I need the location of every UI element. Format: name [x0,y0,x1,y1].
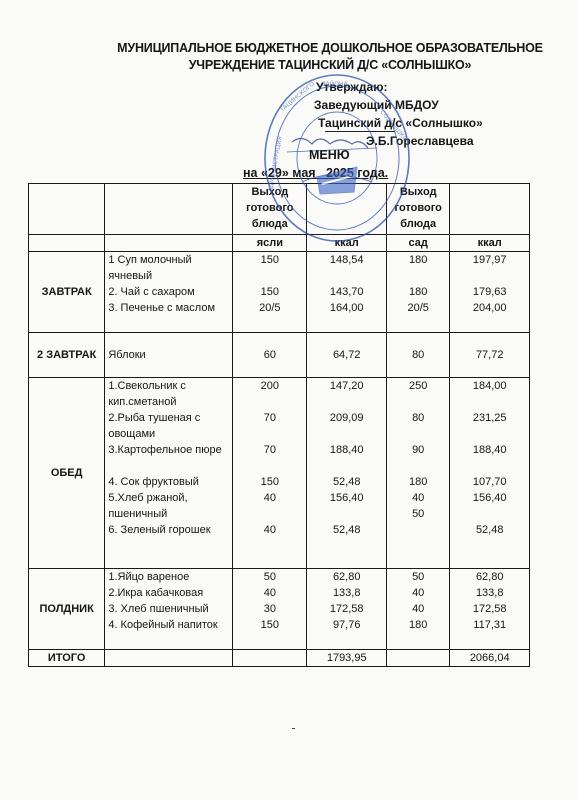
kcal-nursery: 97,76 [310,617,383,649]
yield-nursery: 40 [236,490,303,522]
kcal-nursery: 147,20 [310,378,383,410]
yield-nursery: 30 [236,601,303,617]
yield-garden-cell: 18018020/5 [386,252,449,333]
dish-name: Яблоки [108,347,229,363]
yield-nursery: 70 [236,410,303,442]
header-yield-nursery: Выход готового блюда [233,184,307,235]
dish-name: 1 Суп молочный ячневый [108,252,229,284]
header-cell [307,184,387,235]
page-title: МЕНЮ [309,148,350,162]
header-cell [29,184,105,235]
org-line-2: УЧРЕЖДЕНИЕ ТАЦИНСКИЙ Д/С «СОЛНЫШКО» [90,57,570,74]
kcal-garden: 107,70 [453,474,526,490]
header-cell [105,184,233,235]
dish-name: 4. Сок фруктовый [108,474,229,490]
total-label: ИТОГО [29,650,105,667]
yield-garden [390,522,446,554]
dish-name: 3.Картофельное пюре [108,442,229,474]
yield-nursery-cell: 60 [233,333,307,378]
approval-block: Утверждаю: Заведующий МБДОУ Тацинский д/… [316,78,483,150]
approval-heading: Утверждаю: [316,78,483,96]
total-row: ИТОГО1793,952066,04 [29,650,530,667]
yield-nursery: 40 [236,585,303,601]
yield-garden: 180 [390,252,446,284]
yield-nursery: 150 [236,284,303,300]
yield-garden: 50 [390,569,446,585]
kcal-garden: 62,80 [453,569,526,585]
yield-garden: 80 [390,410,446,442]
dish-name: 6. Зеленый горошек [108,522,229,554]
kcal-garden: 77,72 [453,347,526,363]
total-kcal-nursery: 1793,95 [307,650,387,667]
approval-position: Заведующий МБДОУ [314,96,483,114]
yield-garden: 80 [390,347,446,363]
table-subheader-row: ясли ккал сад ккал [29,235,530,252]
kcal-garden-cell: 184,00231,25188,40107,70156,4052,48 [450,378,530,569]
total-kcal-garden: 2066,04 [450,650,530,667]
subheader-kcal-nursery: ккал [307,235,387,252]
subheader-nursery: ясли [233,235,307,252]
kcal-garden: 184,00 [453,378,526,410]
yield-nursery: 50 [236,569,303,585]
yield-nursery: 20/5 [236,300,303,332]
dish-name-cell: Яблоки [105,333,233,378]
kcal-garden: 172,58 [453,601,526,617]
kcal-garden: 188,40 [453,442,526,474]
yield-garden: 180 [390,474,446,490]
kcal-garden: 197,97 [453,252,526,284]
kcal-nursery: 188,40 [310,442,383,474]
kcal-garden: 231,25 [453,410,526,442]
kcal-garden: 179,63 [453,284,526,300]
dish-name-cell: 1.Свекольник с кип.сметаной2.Рыба тушена… [105,378,233,569]
total-empty [386,650,449,667]
dish-name-cell: 1 Суп молочный ячневый2. Чай с сахаром3.… [105,252,233,333]
kcal-nursery: 156,40 [310,490,383,522]
yield-garden: 180 [390,284,446,300]
kcal-garden: 52,48 [453,522,526,554]
yield-garden: 180 [390,617,446,649]
yield-nursery: 200 [236,378,303,410]
signature-line [325,131,395,132]
header-cell [450,184,530,235]
meal-name: ПОЛДНИК [29,569,105,650]
dish-name: 2.Рыба тушеная с овощами [108,410,229,442]
total-empty [105,650,233,667]
kcal-garden-cell: 197,97179,63204,00 [450,252,530,333]
stray-mark [292,728,295,729]
menu-date: на «29» мая 2025 года. [243,166,388,180]
kcal-garden-cell: 77,72 [450,333,530,378]
kcal-nursery: 148,54 [310,252,383,284]
yield-nursery: 60 [236,347,303,363]
yield-nursery-cell: 15015020/5 [233,252,307,333]
kcal-nursery-cell: 64,72 [307,333,387,378]
yield-nursery-cell: 20070701504040 [233,378,307,569]
kcal-garden: 204,00 [453,300,526,332]
yield-garden-cell: 504040180 [386,569,449,650]
header-yield-garden: Выход готового блюда [386,184,449,235]
kcal-garden: 156,40 [453,490,526,522]
meal-row: ОБЕД1.Свекольник с кип.сметаной2.Рыба ту… [29,378,530,569]
svg-text:ТАЦИНСКОГО: ТАЦИНСКОГО [278,80,316,114]
dish-name: 4. Кофейный напиток [108,617,229,649]
kcal-nursery-cell: 148,54143,70164,00 [307,252,387,333]
subheader-garden: сад [386,235,449,252]
yield-garden: 250 [390,378,446,410]
kcal-garden: 117,31 [453,617,526,649]
kcal-nursery: 143,70 [310,284,383,300]
total-empty [233,650,307,667]
yield-garden: 40 [390,585,446,601]
dish-name-cell: 1.Яйцо вареное2.Икра кабачковая3. Хлеб п… [105,569,233,650]
kcal-nursery: 133,8 [310,585,383,601]
dish-name: 1.Свекольник с кип.сметаной [108,378,229,410]
kcal-nursery: 62,80 [310,569,383,585]
yield-nursery-cell: 504030150 [233,569,307,650]
yield-garden-cell: 250809018040 50 [386,378,449,569]
kcal-garden: 133,8 [453,585,526,601]
meal-row: 2 ЗАВТРАКЯблоки6064,728077,72 [29,333,530,378]
yield-garden: 40 [390,601,446,617]
subheader-kcal-garden: ккал [450,235,530,252]
meal-name: ОБЕД [29,378,105,569]
kcal-nursery: 209,09 [310,410,383,442]
menu-table: Выход готового блюда Выход готового блюд… [28,183,530,667]
meal-row: ПОЛДНИК1.Яйцо вареное2.Икра кабачковая3.… [29,569,530,650]
yield-nursery: 40 [236,522,303,554]
dish-name: 3. Печенье с маслом [108,300,229,332]
yield-nursery: 150 [236,617,303,649]
yield-nursery: 70 [236,442,303,474]
yield-garden: 20/5 [390,300,446,332]
kcal-nursery: 52,48 [310,474,383,490]
kcal-nursery: 52,48 [310,522,383,554]
dish-name: 2. Чай с сахаром [108,284,229,300]
approval-institution: Тацинский д/с «Солнышко» [318,114,483,132]
dish-name: 5.Хлеб ржаной, пшеничный [108,490,229,522]
yield-garden: 40 50 [390,490,446,522]
kcal-nursery: 164,00 [310,300,383,332]
kcal-nursery-cell: 62,80133,8172,5897,76 [307,569,387,650]
dish-name: 2.Икра кабачковая [108,585,229,601]
yield-nursery: 150 [236,474,303,490]
meal-name: ЗАВТРАК [29,252,105,333]
meal-name: 2 ЗАВТРАК [29,333,105,378]
kcal-garden-cell: 62,80133,8172,58117,31 [450,569,530,650]
org-line-1: МУНИЦИПАЛЬНОЕ БЮДЖЕТНОЕ ДОШКОЛЬНОЕ ОБРАЗ… [90,40,570,57]
yield-garden: 90 [390,442,446,474]
subheader-cell [105,235,233,252]
organization-name: МУНИЦИПАЛЬНОЕ БЮДЖЕТНОЕ ДОШКОЛЬНОЕ ОБРАЗ… [90,40,570,74]
kcal-nursery-cell: 147,20209,09188,4052,48156,4052,48 [307,378,387,569]
dish-name: 3. Хлеб пшеничный [108,601,229,617]
kcal-nursery: 64,72 [310,347,383,363]
kcal-nursery: 172,58 [310,601,383,617]
subheader-cell [29,235,105,252]
meal-row: ЗАВТРАК1 Суп молочный ячневый2. Чай с са… [29,252,530,333]
yield-nursery: 150 [236,252,303,284]
table-header-row: Выход готового блюда Выход готового блюд… [29,184,530,235]
yield-garden-cell: 80 [386,333,449,378]
approval-signer: Э.Б.Гореславцева [366,132,483,150]
dish-name: 1.Яйцо вареное [108,569,229,585]
